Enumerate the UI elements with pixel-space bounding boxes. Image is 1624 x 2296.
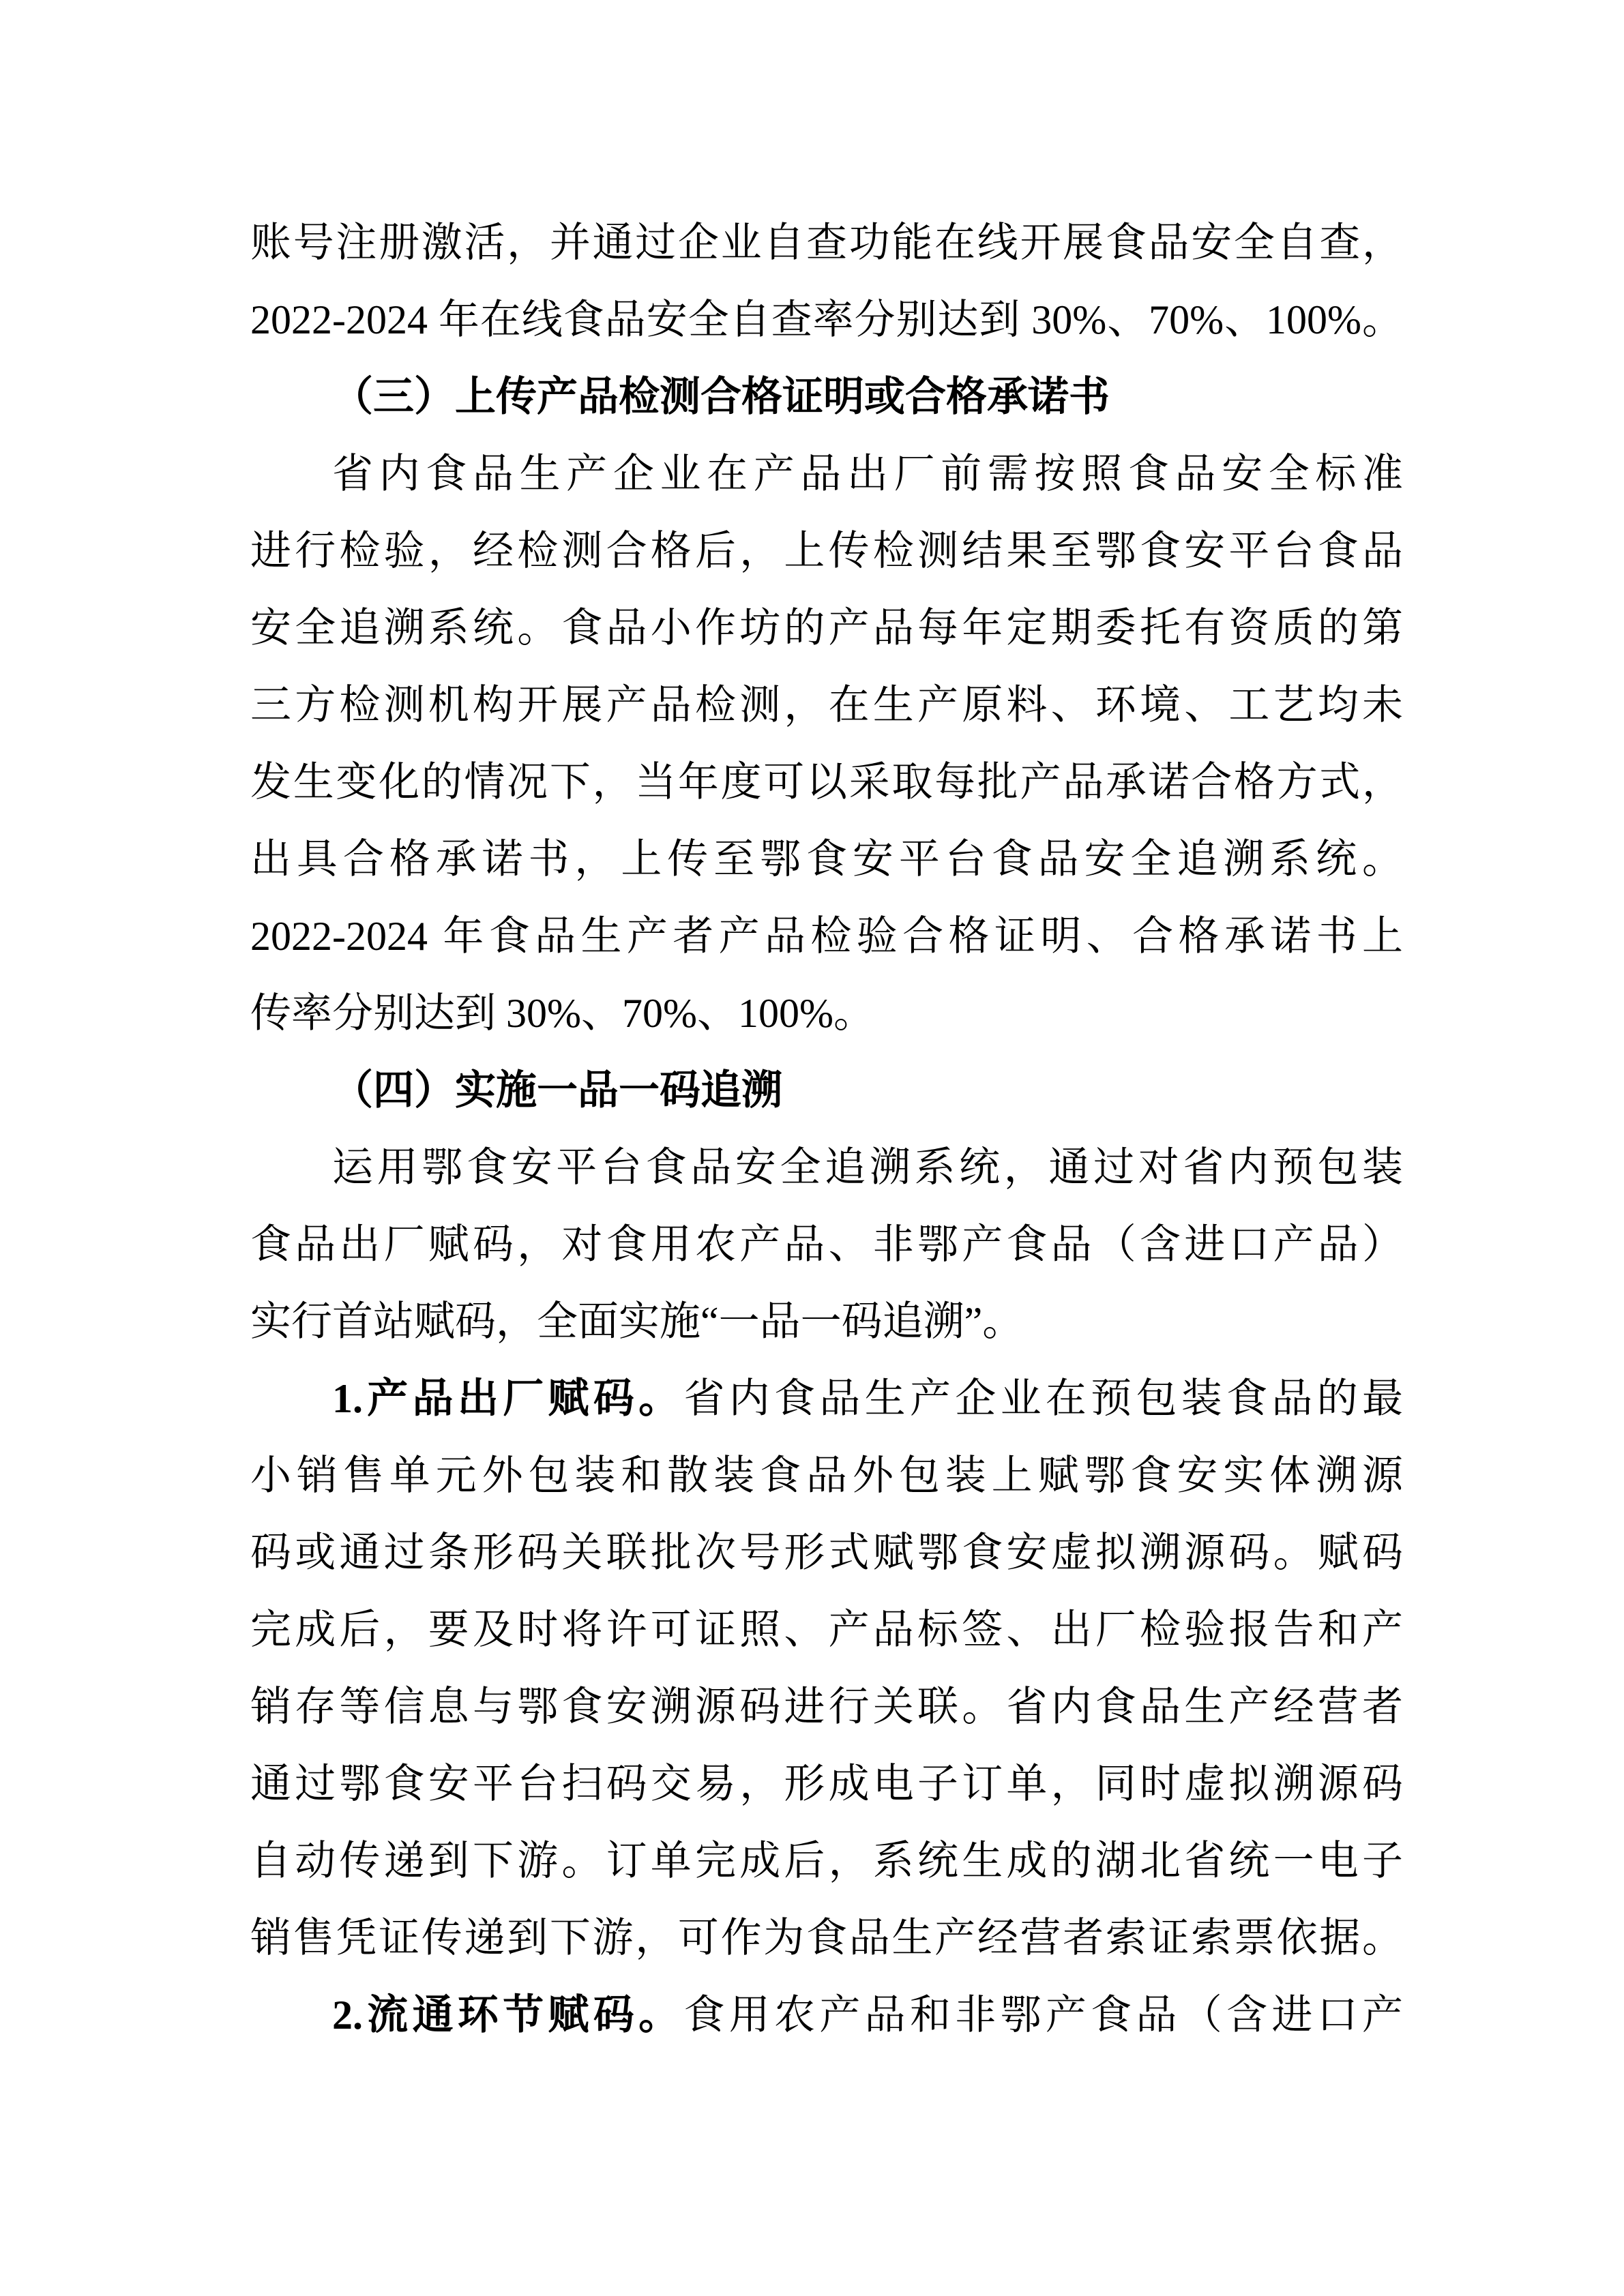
text-line: 2022-2024 年食品生产者产品检验合格证明、合格承诺书上 [250, 898, 1403, 975]
numbered-clause-lead: 2.流通环节赋码。 [332, 1993, 683, 2038]
text-line: 通过鄂食安平台扫码交易，形成电子订单，同时虚拟溯源码 [250, 1746, 1403, 1823]
text-line: 2022-2024 年在线食品安全自查率分别达到 30%、70%、100%。 [250, 282, 1403, 359]
text-line: 三方检测机构开展产品检测，在生产原料、环境、工艺均未 [250, 667, 1403, 744]
text-line: 小销售单元外包装和散装食品外包装上赋鄂食安实体溯源 [250, 1437, 1403, 1515]
text-line: 发生变化的情况下，当年度可以采取每批产品承诺合格方式， [250, 744, 1403, 821]
text-line: 销售凭证传递到下游，可作为食品生产经营者索证索票依据。 [250, 1900, 1403, 1977]
text-line: 码或通过条形码关联批次号形式赋鄂食安虚拟溯源码。赋码 [250, 1515, 1403, 1592]
text-line: 实行首站赋码，全面实施“一品一码追溯”。 [250, 1283, 1403, 1360]
text-line: 省内食品生产企业在产品出厂前需按照食品安全标准 [250, 436, 1403, 513]
document-page: 账号注册激活，并通过企业自查功能在线开展食品安全自查， 2022-2024 年在… [0, 0, 1624, 2296]
text-block: 账号注册激活，并通过企业自查功能在线开展食品安全自查， 2022-2024 年在… [250, 205, 1403, 2054]
text-line: 自动传递到下游。订单完成后，系统生成的湖北省统一电子 [250, 1823, 1403, 1900]
text-line: 完成后，要及时将许可证照、产品标签、出厂检验报告和产 [250, 1592, 1403, 1669]
text-line: 进行检验，经检测合格后，上传检测结果至鄂食安平台食品 [250, 513, 1403, 590]
text-line: 传率分别达到 30%、70%、100%。 [250, 975, 1403, 1052]
text-line: 2.流通环节赋码。食用农产品和非鄂产食品（含进口产 [250, 1977, 1403, 2054]
text-line: 运用鄂食安平台食品安全追溯系统，通过对省内预包装 [250, 1129, 1403, 1206]
clause-body-text: 省内食品生产企业在预包装食品的最 [683, 1376, 1403, 1421]
text-line: 账号注册激活，并通过企业自查功能在线开展食品安全自查， [250, 205, 1403, 282]
text-line: 1.产品出厂赋码。省内食品生产企业在预包装食品的最 [250, 1360, 1403, 1437]
text-line: 销存等信息与鄂食安溯源码进行关联。省内食品生产经营者 [250, 1669, 1403, 1746]
text-line: 食品出厂赋码，对食用农产品、非鄂产食品（含进口产品） [250, 1206, 1403, 1283]
numbered-clause-lead: 1.产品出厂赋码。 [332, 1376, 683, 1421]
text-line: 出具合格承诺书，上传至鄂食安平台食品安全追溯系统。 [250, 821, 1403, 898]
section-heading-3: （三）上传产品检测合格证明或合格承诺书 [250, 359, 1403, 436]
section-heading-4: （四）实施一品一码追溯 [250, 1052, 1403, 1129]
text-line: 安全追溯系统。食品小作坊的产品每年定期委托有资质的第 [250, 590, 1403, 667]
clause-body-text: 食用农产品和非鄂产食品（含进口产 [683, 1993, 1403, 2038]
